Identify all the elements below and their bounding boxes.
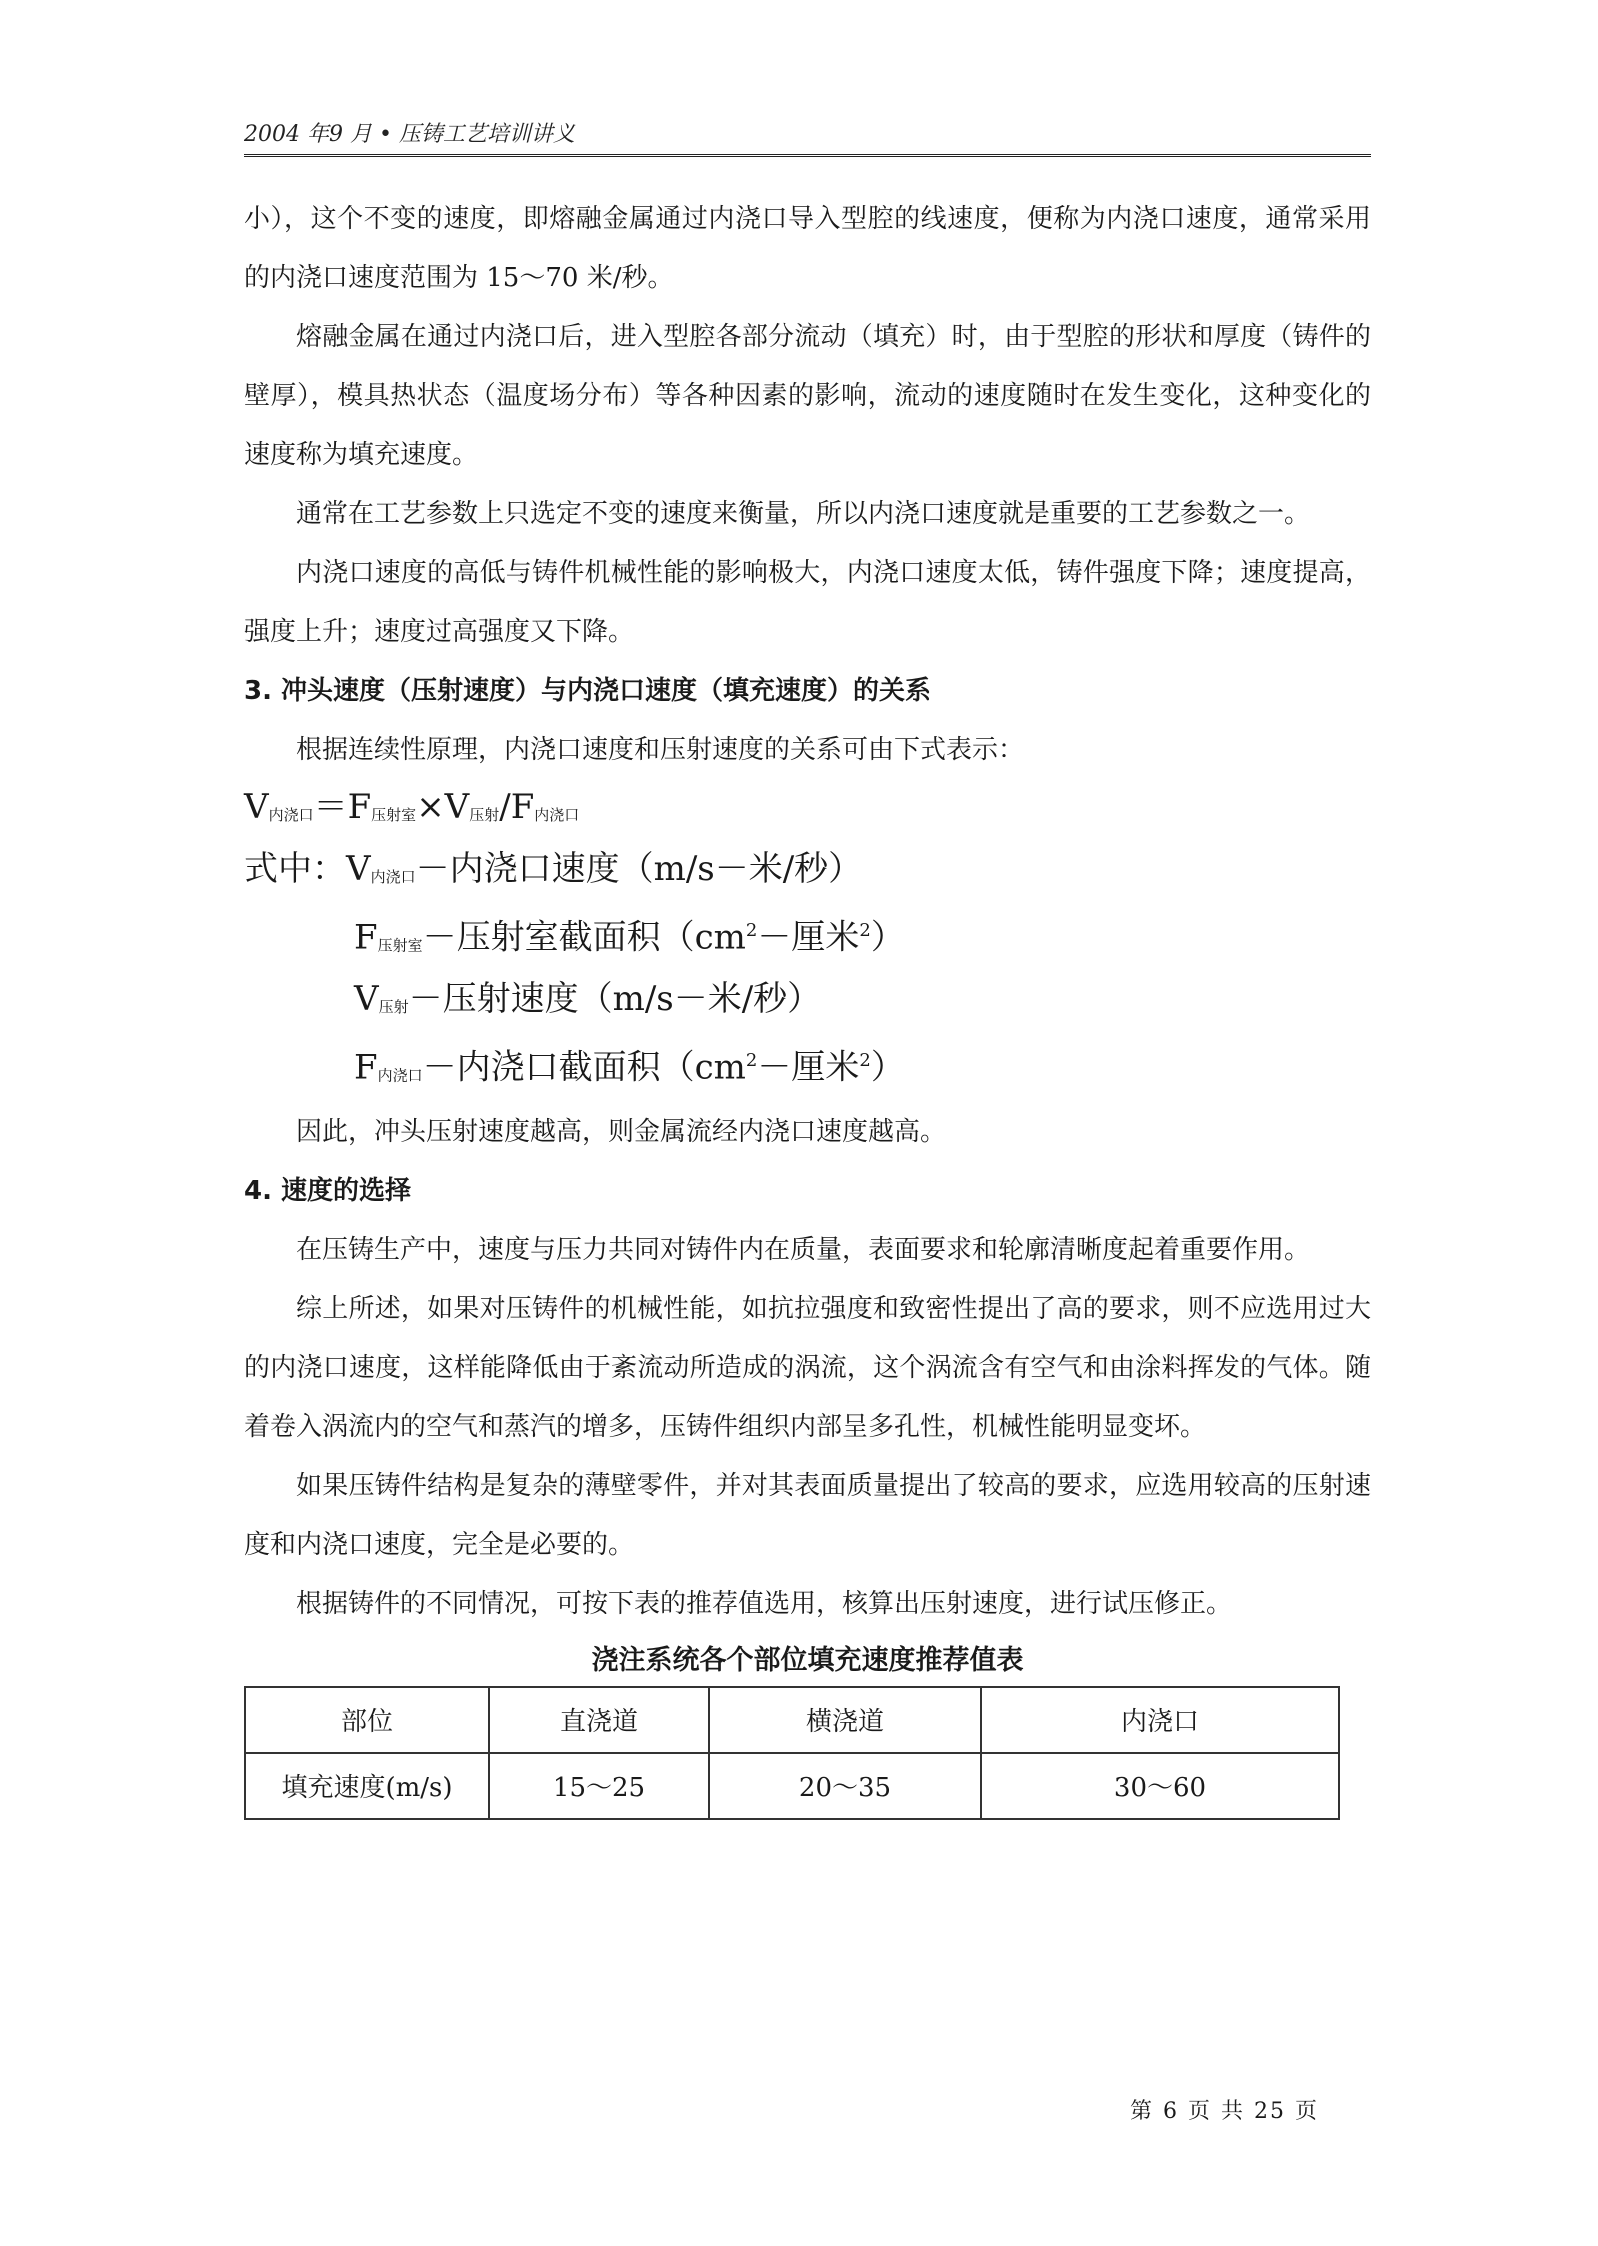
formula: V内浇口＝F压射室×V压射/F内浇口 <box>244 780 1371 842</box>
velocity-table: 部位 直浇道 横浇道 内浇口 填充速度(m/s) 15～25 20～35 30～… <box>244 1686 1340 1820</box>
paragraph: 小），这个不变的速度，即熔融金属通过内浇口导入型腔的线速度，便称为内浇口速度，通… <box>244 190 1371 308</box>
formula-definition: F压射室－压射室截面积（cm2－厘米2） <box>244 904 1371 972</box>
formula-definition: V压射－压射速度（m/s－米/秒） <box>244 972 1371 1034</box>
formula-definition: F内浇口－内浇口截面积（cm2－厘米2） <box>244 1034 1371 1102</box>
table-cell: 部位 <box>245 1687 489 1753</box>
section-heading-4: 4. 速度的选择 <box>244 1162 1371 1221</box>
paragraph: 根据连续性原理，内浇口速度和压射速度的关系可由下式表示： <box>244 721 1371 780</box>
paragraph: 熔融金属在通过内浇口后，进入型腔各部分流动（填充）时，由于型腔的形状和厚度（铸件… <box>244 308 1371 485</box>
formula-definition: 式中：V内浇口－内浇口速度（m/s－米/秒） <box>244 842 1371 904</box>
table-caption: 浇注系统各个部位填充速度推荐值表 <box>244 1636 1371 1686</box>
paragraph: 因此，冲头压射速度越高，则金属流经内浇口速度越高。 <box>244 1103 1371 1162</box>
table-header-row: 部位 直浇道 横浇道 内浇口 <box>245 1687 1339 1753</box>
table-row: 填充速度(m/s) 15～25 20～35 30～60 <box>245 1753 1339 1819</box>
page-number: 第 6 页 共 25 页 <box>1130 2094 1319 2125</box>
page-body: 小），这个不变的速度，即熔融金属通过内浇口导入型腔的线速度，便称为内浇口速度，通… <box>244 190 1371 1820</box>
table-cell: 20～35 <box>709 1753 981 1819</box>
table-cell: 15～25 <box>489 1753 709 1819</box>
paragraph: 内浇口速度的高低与铸件机械性能的影响极大，内浇口速度太低，铸件强度下降；速度提高… <box>244 544 1371 662</box>
paragraph: 通常在工艺参数上只选定不变的速度来衡量，所以内浇口速度就是重要的工艺参数之一。 <box>244 485 1371 544</box>
table-cell: 横浇道 <box>709 1687 981 1753</box>
table-cell: 30～60 <box>981 1753 1339 1819</box>
paragraph: 根据铸件的不同情况，可按下表的推荐值选用，核算出压射速度，进行试压修正。 <box>244 1575 1371 1634</box>
table-cell: 填充速度(m/s) <box>245 1753 489 1819</box>
table-cell: 内浇口 <box>981 1687 1339 1753</box>
page-header: 2004 年9 月 • 压铸工艺培训讲义 <box>244 108 1371 157</box>
paragraph: 综上所述，如果对压铸件的机械性能，如抗拉强度和致密性提出了高的要求，则不应选用过… <box>244 1280 1371 1457</box>
section-heading-3: 3. 冲头速度（压射速度）与内浇口速度（填充速度）的关系 <box>244 662 1371 721</box>
table-cell: 直浇道 <box>489 1687 709 1753</box>
paragraph: 在压铸生产中，速度与压力共同对铸件内在质量，表面要求和轮廓清晰度起着重要作用。 <box>244 1221 1371 1280</box>
paragraph: 如果压铸件结构是复杂的薄壁零件，并对其表面质量提出了较高的要求，应选用较高的压射… <box>244 1457 1371 1575</box>
header-title: 2004 年9 月 • 压铸工艺培训讲义 <box>244 117 575 148</box>
